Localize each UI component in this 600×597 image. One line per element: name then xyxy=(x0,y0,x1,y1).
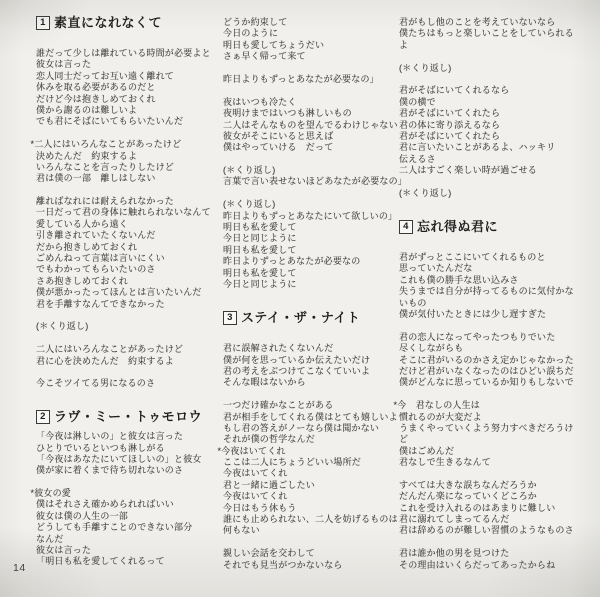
lyric-line: 離ればなれには耐えられなかった xyxy=(36,196,226,207)
song-title-text: ステイ・ザ・ナイト xyxy=(241,310,360,325)
blank-line xyxy=(223,188,413,199)
lyric-line: それが僕の哲学なんだ xyxy=(223,434,413,445)
song-title: 2ラヴ・ミー・トゥモロウ xyxy=(36,409,226,425)
lyric-line: 今日はもう休もう xyxy=(223,503,413,514)
lyric-line: それでも見当がつかないなら xyxy=(223,560,413,571)
lyric-line: 今日と同じように xyxy=(223,233,413,244)
lyric-line: どうしても手離すことのできない部分 xyxy=(36,522,226,533)
lyric-line: 君に心を決めたんだ 約束するよ xyxy=(36,356,226,367)
lyric-line: 君が相手をしてくれる僕はとても嬉しいよ xyxy=(223,412,413,423)
blank-line xyxy=(223,63,413,74)
lyric-line: 伝えるさ xyxy=(399,154,589,165)
lyric-line: 君がずっとここにいてくれるものと xyxy=(399,252,589,263)
lyric-line: 僕が家に着くまで待ち切れないのさ xyxy=(36,465,226,476)
blank-line xyxy=(399,320,589,331)
lyric-line: すべては大きな誤ちなんだろうか xyxy=(399,480,589,491)
lyric-line: 君なしで生きるなんて xyxy=(399,457,589,468)
lyric-line: 彼女は僕の人生の一部 xyxy=(36,511,226,522)
lyric-line: ひとりでいるといつも淋しがる xyxy=(36,443,226,454)
lyric-line: でも君にそばにいてもらいたいんだ xyxy=(36,116,226,127)
lyric-line: よ xyxy=(399,40,589,51)
lyric-line: 君に言いたいことがあるよ、ハッキリ xyxy=(399,142,589,153)
lyric-line: 昨日よりずっとあなたが必要なの xyxy=(223,256,413,267)
lyric-line: 僕はそれさえ確かめられればいい xyxy=(36,499,226,510)
lyric-line: さあ抱きしめておくれ xyxy=(36,276,226,287)
blank-line xyxy=(36,390,226,401)
blank-line xyxy=(399,389,589,400)
blank-line xyxy=(399,51,589,62)
song-title-text: ラヴ・ミー・トゥモロウ xyxy=(54,409,202,424)
lyric-line: 僕はやっていける だって xyxy=(223,142,413,153)
lyric-line: 言葉で言い表せないほどあなたが必要なの」 xyxy=(223,176,413,187)
blank-line xyxy=(36,128,226,139)
lyric-line: 君がもし他のことを考えていないなら xyxy=(399,17,589,28)
lyric-line: 親しい会話を交わして xyxy=(223,548,413,559)
lyric-line: ここは二人にちょうどいい場所だ xyxy=(223,457,413,468)
song-number-box: 1 xyxy=(36,16,50,30)
song-title-text: 忘れ得ぬ君に xyxy=(417,219,498,234)
lyric-line: 昨日よりもずっとあなたが必要なの」 xyxy=(223,74,413,85)
song-number-box: 2 xyxy=(36,410,50,424)
lyric-line: 明日も私を愛して xyxy=(223,268,413,279)
lyric-line: 僕が悪かったってほんとは言いたいんだ xyxy=(36,287,226,298)
lyric-line: 今夜はいてくれ xyxy=(223,468,413,479)
lyric-line: 今夜はいてくれ xyxy=(223,491,413,502)
lyric-line: 彼女は言った xyxy=(36,59,226,70)
lyric-line-refrain-mark: *彼女の愛 xyxy=(36,488,226,499)
lyric-line: さぁ早く帰って来て xyxy=(223,51,413,62)
lyric-line: 二人はそんなものを望んでるわけじゃない xyxy=(223,120,413,131)
lyric-line: 君と一緒に過ごしたい xyxy=(223,480,413,491)
lyrics-column-3: 君がもし他のことを考えていないなら僕たちはもっと楽しいことをしていられるよ (＊… xyxy=(399,17,589,571)
lyric-line: 休みを取る必要があるのだと xyxy=(36,82,226,93)
lyric-line: もし君の答えがノーなら僕は聞かない xyxy=(223,423,413,434)
lyric-line: そんな暇はないから xyxy=(223,377,413,388)
lyric-line: 僕がどんなに思っているか知りもしないで xyxy=(399,377,589,388)
lyric-line: 今こそツイてる男になるのさ xyxy=(36,378,226,389)
lyric-line: 夜はいつも冷たく xyxy=(223,97,413,108)
lyric-line: 君がそばにいてくれたら xyxy=(399,131,589,142)
lyric-line: これを受け入れるのはあまりに難しい xyxy=(399,503,589,514)
lyric-line: 君は僕の一部 離しはしない xyxy=(36,173,226,184)
song-title: 4忘れ得ぬ君に xyxy=(399,219,589,235)
blank-line xyxy=(36,185,226,196)
lyric-line: だんだん楽になっていくどころか xyxy=(399,491,589,502)
lyric-line: ごめんねって言葉は言いにくい xyxy=(36,253,226,264)
lyrics-booklet-page: 1素直になれなくて誰だって少しは離れている時間が必要よと彼女は言った恋人同士だっ… xyxy=(0,0,600,597)
lyric-line: 僕から謝るのは難しいよ xyxy=(36,105,226,116)
lyric-line: (＊くり返し) xyxy=(223,165,413,176)
lyric-line: いろんなことを言ったりしたけど xyxy=(36,162,226,173)
lyric-line: 彼女がそこにいると思えば xyxy=(223,131,413,142)
lyric-line: 決めたんだ 約束するよ xyxy=(36,151,226,162)
blank-line xyxy=(36,310,226,321)
blank-line xyxy=(223,85,413,96)
lyric-line: 君の体に寄り添えるなら xyxy=(399,120,589,131)
lyric-line-refrain-mark: *今 君なしの人生は xyxy=(399,400,589,411)
lyric-line: ど xyxy=(399,434,589,445)
blank-line xyxy=(399,537,589,548)
lyric-line: 君は誰か他の男を見つけた xyxy=(399,548,589,559)
lyric-line: 何もない xyxy=(223,525,413,536)
song-number-box: 3 xyxy=(223,311,237,325)
lyric-line: 今日のように xyxy=(223,28,413,39)
lyric-line: 誰にも止められない、二人を妨げるものは xyxy=(223,514,413,525)
lyric-line: 君に誤解されたくないんだ xyxy=(223,343,413,354)
lyric-line: そこに君がいるのかさえ定かじゃなかった xyxy=(399,355,589,366)
lyric-line: 君の恋人になってやったつもりでいた xyxy=(399,332,589,343)
lyric-line: 「今夜はあなたにいてほしいの」と彼女 xyxy=(36,454,226,465)
lyric-line: 尽くしながらも xyxy=(399,343,589,354)
lyric-line: 明日も愛してちょうだい xyxy=(223,40,413,51)
lyric-line-refrain-mark: *今夜はいてくれ xyxy=(223,446,413,457)
blank-line xyxy=(399,468,589,479)
lyric-line: 明日も私を愛して xyxy=(223,245,413,256)
blank-line xyxy=(399,199,589,210)
song-number-box: 4 xyxy=(399,220,413,234)
lyric-line: だから抱きしめておくれ xyxy=(36,242,226,253)
lyric-line: 二人にはいろんなことがあったけど xyxy=(36,344,226,355)
lyric-line: 二人はすごく楽しい時が過ごせる xyxy=(399,165,589,176)
lyric-line: 思っていたんだな xyxy=(399,263,589,274)
lyric-line: (＊くり返し) xyxy=(223,199,413,210)
blank-line xyxy=(223,290,413,301)
lyric-line: だけど君がいなくなったのはひどい誤ちだ xyxy=(399,366,589,377)
lyric-line: でもわかってもらいたいのさ xyxy=(36,264,226,275)
lyric-line: 君を手離すなんてできなかった xyxy=(36,299,226,310)
lyric-line: 彼女は言った xyxy=(36,545,226,556)
lyric-line: 夜明けまではいつも淋しいもの xyxy=(223,108,413,119)
blank-line xyxy=(399,74,589,85)
blank-line xyxy=(399,241,589,252)
lyric-line: 今日と同じように xyxy=(223,279,413,290)
lyrics-column-1: 1素直になれなくて誰だって少しは離れている時間が必要よと彼女は言った恋人同士だっ… xyxy=(36,15,226,568)
lyric-line: 「今夜は淋しいの」と彼女は言った xyxy=(36,431,226,442)
lyric-line: 君がそばにいてくれるなら xyxy=(399,85,589,96)
lyric-line: その理由はいくらだってあったからね xyxy=(399,560,589,571)
blank-line xyxy=(223,154,413,165)
lyric-line: どうか約束して xyxy=(223,17,413,28)
blank-line xyxy=(223,332,413,343)
blank-line xyxy=(223,389,413,400)
lyric-line: だけど今は抱きしめておくれ xyxy=(36,94,226,105)
page-number: 14 xyxy=(13,562,26,574)
lyric-line: 君がそばにいてくれたら xyxy=(399,108,589,119)
lyric-line: 僕はごめんだ xyxy=(399,446,589,457)
lyric-line: 昨日よりもずっとあなたにいて欲しいの」 xyxy=(223,211,413,222)
lyric-line: 一日だって君の身体に触れられないなんて xyxy=(36,207,226,218)
lyric-line: (＊くり返し) xyxy=(36,321,226,332)
lyric-line: 明日も私を愛して xyxy=(223,222,413,233)
lyric-line: 恋人同士だってお互い遠く離れて xyxy=(36,71,226,82)
song-title-text: 素直になれなくて xyxy=(54,15,162,30)
lyric-line: 君の考えをぶつけてこなくていいよ xyxy=(223,366,413,377)
blank-line xyxy=(36,477,226,488)
song-title: 3ステイ・ザ・ナイト xyxy=(223,310,413,326)
lyric-line: 僕たちはもっと楽しいことをしていられる xyxy=(399,28,589,39)
blank-line xyxy=(36,333,226,344)
lyric-line: 愛している人から遠く xyxy=(36,219,226,230)
lyric-line: 「明日も私を愛してくれるって xyxy=(36,556,226,567)
blank-line xyxy=(223,537,413,548)
lyric-line: 君に溺れてしまってるんだ xyxy=(399,514,589,525)
lyric-line-refrain-mark: *二人にはいろんなことがあったけど xyxy=(36,139,226,150)
lyrics-column-2: どうか約束して今日のように明日も愛してちょうだいさぁ早く帰って来て 昨日よりもず… xyxy=(223,17,413,571)
lyric-line: 慣れるのが大変だよ xyxy=(399,412,589,423)
lyric-line: 君は辞めるのが難しい習慣のようなものさ xyxy=(399,525,589,536)
lyric-line: 僕が気付いたときには少し遅すぎた xyxy=(399,309,589,320)
lyric-line: 失うまでは自分が持ってるものに気付かな xyxy=(399,286,589,297)
lyric-line: (＊くり返し) xyxy=(399,188,589,199)
lyric-line: 引き離されていたくないんだ xyxy=(36,230,226,241)
lyric-line: なんだ xyxy=(36,534,226,545)
lyric-line: 僕の横で xyxy=(399,97,589,108)
lyric-line: 誰だって少しは離れている時間が必要よと xyxy=(36,48,226,59)
lyric-line: うまくやっていくよう努力すべきだろうけ xyxy=(399,423,589,434)
blank-line xyxy=(36,367,226,378)
lyric-line: いもの xyxy=(399,298,589,309)
lyric-line: 一つだけ確かなことがある xyxy=(223,400,413,411)
song-title: 1素直になれなくて xyxy=(36,15,226,31)
lyric-line: (＊くり返し) xyxy=(399,63,589,74)
lyric-line: 僕が何を思っているか伝えたいだけ xyxy=(223,355,413,366)
lyric-line: これも僕の勝手な思い込みさ xyxy=(399,275,589,286)
blank-line xyxy=(399,176,589,187)
